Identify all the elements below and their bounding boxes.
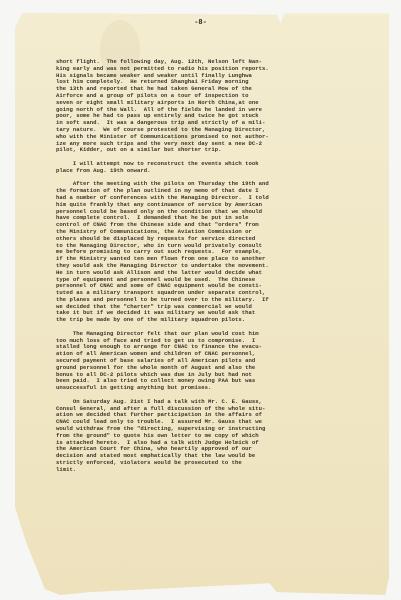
page-number: -8- <box>0 19 401 27</box>
paragraph: I will attempt now to reconstruct the ev… <box>56 161 356 175</box>
paragraph: short flight. The following day, Aug. 12… <box>56 59 356 154</box>
text-line: strictly enforced, violators would be pr… <box>56 460 356 467</box>
text-line: limit. <box>56 467 356 474</box>
paragraph: After the meeting with the pilots on Thu… <box>56 181 356 324</box>
paragraph: On Saturday Aug. 21st I had a talk with … <box>56 399 356 474</box>
text-line: pilot, Kidder, out on a similar but shor… <box>56 147 356 154</box>
typed-letter-body: short flight. The following day, Aug. 12… <box>56 59 356 474</box>
text-line: place from Aug. 19th onward. <box>56 168 356 175</box>
paragraph: The Managing Director felt that our plan… <box>56 331 356 392</box>
text-line: the trip be made by one of the military … <box>56 317 356 324</box>
text-line: unsuccessful in getting anything but pro… <box>56 385 356 392</box>
